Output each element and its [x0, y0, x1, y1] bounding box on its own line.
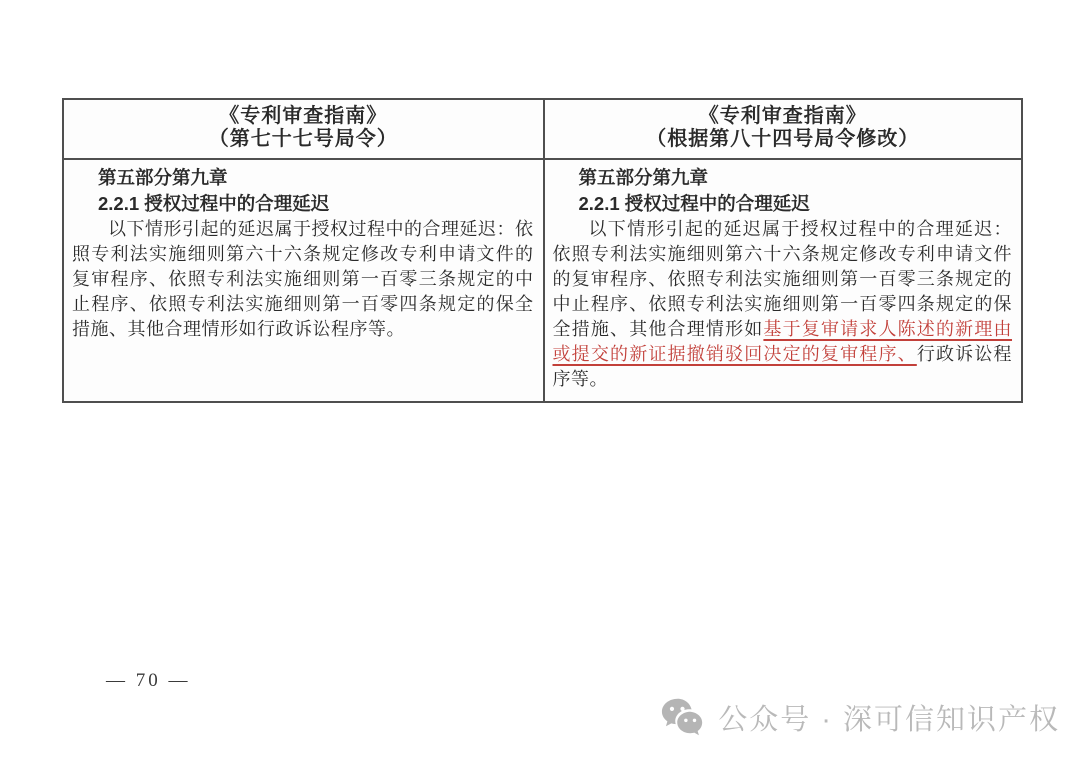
section-heading-old: 第五部分第九章: [72, 165, 534, 191]
table-header-old-version: 《专利审查指南》 （第七十七号局令）: [64, 100, 543, 158]
table-cell-old-version: 第五部分第九章 2.2.1 授权过程中的合理延迟 以下情形引起的延迟属于授权过程…: [64, 160, 543, 401]
table-header-row: 《专利审查指南》 （第七十七号局令） 《专利审查指南》 （根据第八十四号局令修改…: [64, 100, 1021, 160]
header-subtitle-new: （根据第八十四号局令修改）: [549, 128, 1018, 151]
wechat-icon: [660, 696, 706, 738]
subsection-heading-new: 2.2.1 授权过程中的合理延迟: [553, 191, 1013, 217]
watermark: 公众号 · 深可信知识产权: [660, 696, 1060, 738]
body-paragraph-old: 以下情形引起的延迟属于授权过程中的合理延迟：依照专利法实施细则第六十六条规定修改…: [72, 217, 534, 342]
table-body-row: 第五部分第九章 2.2.1 授权过程中的合理延迟 以下情形引起的延迟属于授权过程…: [64, 160, 1021, 401]
section-heading-new: 第五部分第九章: [553, 165, 1013, 191]
paragraph-text-old: 以下情形引起的延迟属于授权过程中的合理延迟：依照专利法实施细则第六十六条规定修改…: [72, 219, 534, 339]
page-number: — 70 —: [106, 670, 191, 692]
table-header-new-version: 《专利审查指南》 （根据第八十四号局令修改）: [543, 100, 1022, 158]
body-paragraph-new: 以下情形引起的延迟属于授权过程中的合理延迟：依照专利法实施细则第六十六条规定修改…: [553, 217, 1013, 392]
header-title-old: 《专利审查指南》: [68, 105, 539, 128]
document-page: 《专利审查指南》 （第七十七号局令） 《专利审查指南》 （根据第八十四号局令修改…: [0, 0, 1080, 764]
table-cell-new-version: 第五部分第九章 2.2.1 授权过程中的合理延迟 以下情形引起的延迟属于授权过程…: [543, 160, 1022, 401]
watermark-text: 公众号 · 深可信知识产权: [718, 697, 1060, 738]
subsection-heading-old: 2.2.1 授权过程中的合理延迟: [72, 191, 534, 217]
header-subtitle-old: （第七十七号局令）: [68, 128, 539, 151]
header-title-new: 《专利审查指南》: [549, 105, 1018, 128]
comparison-table: 《专利审查指南》 （第七十七号局令） 《专利审查指南》 （根据第八十四号局令修改…: [62, 98, 1023, 403]
